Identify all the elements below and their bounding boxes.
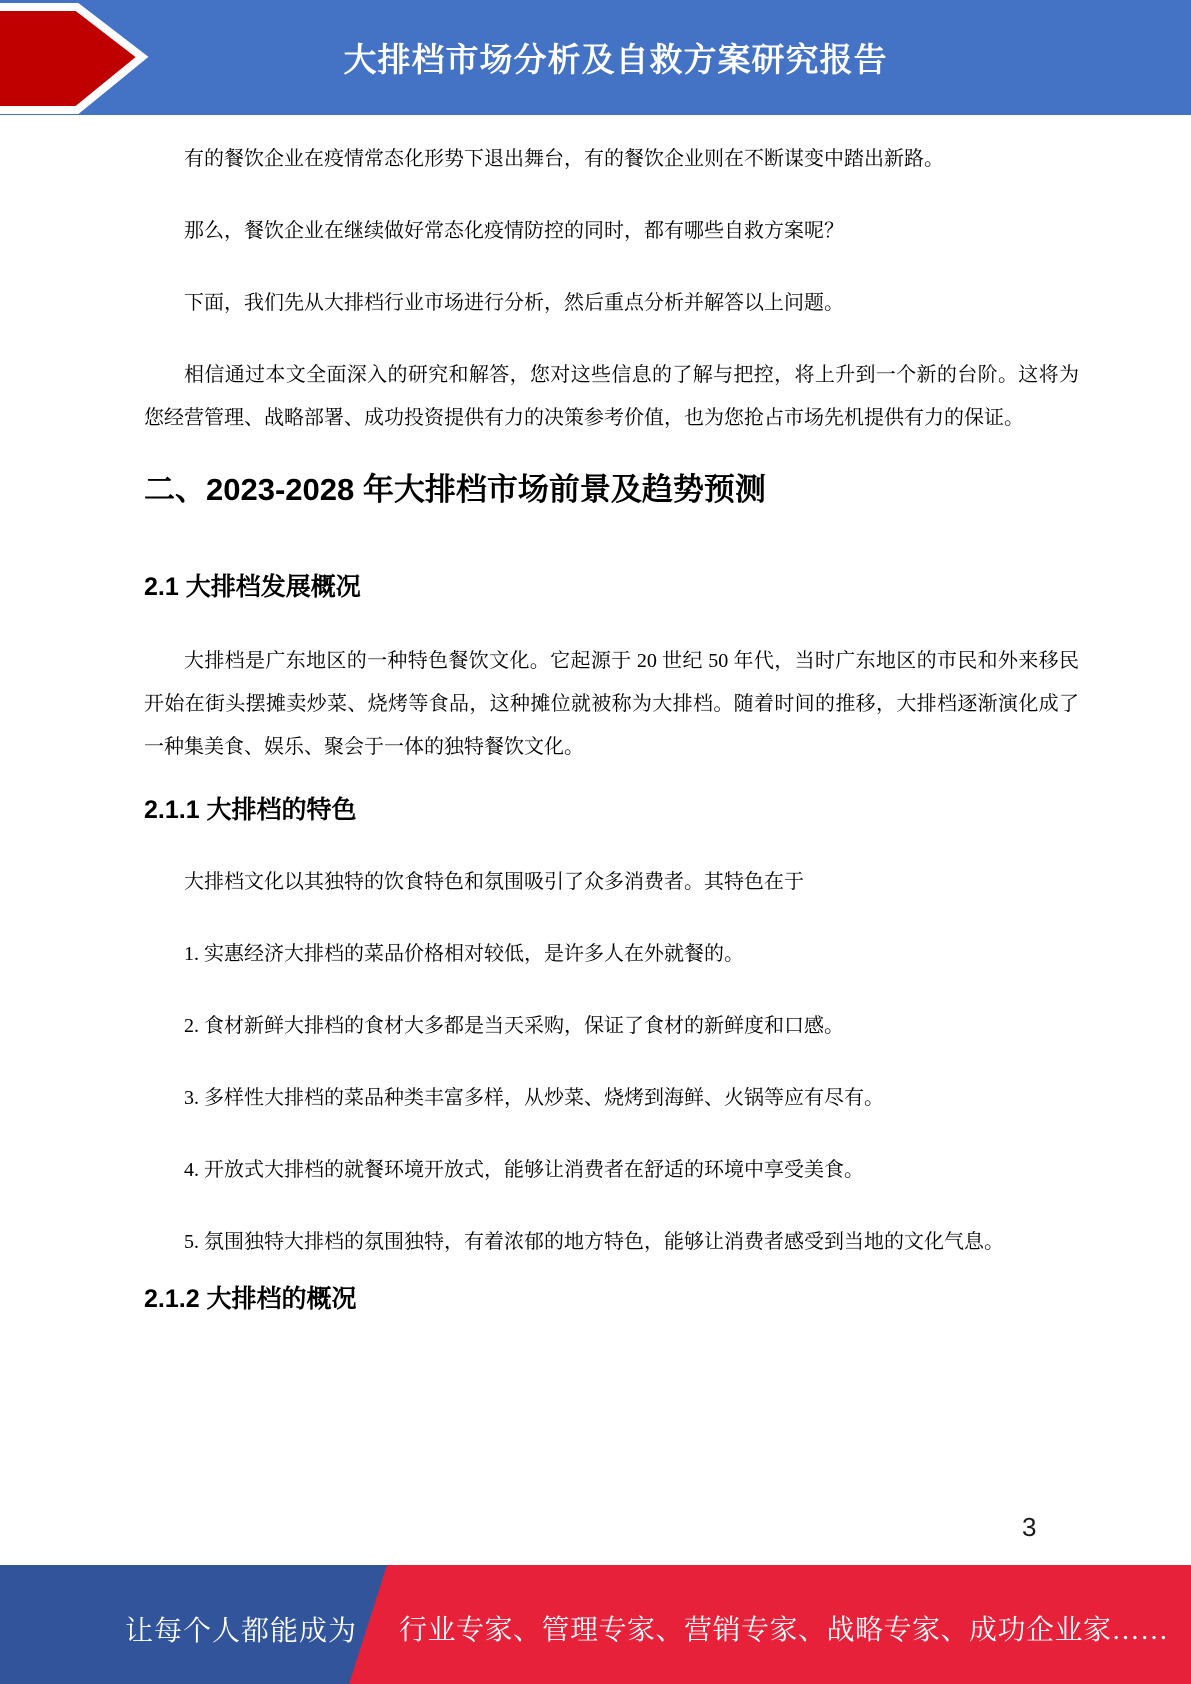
list-item: 4. 开放式大排档的就餐环境开放式，能够让消费者在舒适的环境中享受美食。 bbox=[144, 1149, 1079, 1192]
paragraph: 下面，我们先从大排档行业市场进行分析，然后重点分析并解答以上问题。 bbox=[144, 282, 1079, 325]
paragraph: 大排档文化以其独特的饮食特色和氛围吸引了众多消费者。其特色在于 bbox=[144, 861, 1079, 904]
footer-slogan-right: 行业专家、管理专家、营销专家、战略专家、成功企业家…… bbox=[399, 1608, 1169, 1648]
list-item: 5. 氛围独特大排档的氛围独特，有着浓郁的地方特色，能够让消费者感受到当地的文化… bbox=[144, 1221, 1079, 1264]
page-title: 大排档市场分析及自救方案研究报告 bbox=[0, 0, 1191, 115]
paragraph: 那么，餐饮企业在继续做好常态化疫情防控的同时，都有哪些自救方案呢？ bbox=[144, 210, 1079, 253]
paragraph: 相信通过本文全面深入的研究和解答，您对这些信息的了解与把控，将上升到一个新的台阶… bbox=[144, 354, 1079, 440]
paragraph: 大排档是广东地区的一种特色餐饮文化。它起源于 20 世纪 50 年代，当时广东地… bbox=[144, 640, 1079, 769]
list-item: 2. 食材新鲜大排档的食材大多都是当天采购，保证了食材的新鲜度和口感。 bbox=[144, 1005, 1079, 1048]
list-item: 1. 实惠经济大排档的菜品价格相对较低，是许多人在外就餐的。 bbox=[144, 933, 1079, 976]
sub-heading-2-1: 2.1 大排档发展概况 bbox=[144, 570, 1079, 604]
section-heading-2: 二、2023-2028 年大排档市场前景及趋势预测 bbox=[144, 470, 1079, 510]
list-item: 3. 多样性大排档的菜品种类丰富多样，从炒菜、烧烤到海鲜、火锅等应有尽有。 bbox=[144, 1077, 1079, 1120]
sub-heading-2-1-1: 2.1.1 大排档的特色 bbox=[144, 793, 1079, 827]
document-body: 有的餐饮企业在疫情常态化形势下退出舞台，有的餐饮企业则在不断谋变中踏出新路。 那… bbox=[0, 115, 1191, 1316]
header-band: 大排档市场分析及自救方案研究报告 bbox=[0, 0, 1191, 115]
footer-slogan-left: 让每个人都能成为 bbox=[0, 1609, 357, 1649]
sub-heading-2-1-2: 2.1.2 大排档的概况 bbox=[144, 1282, 1079, 1316]
footer-band: 让每个人都能成为 行业专家、管理专家、营销专家、战略专家、成功企业家…… bbox=[0, 1565, 1191, 1684]
feature-list: 1. 实惠经济大排档的菜品价格相对较低，是许多人在外就餐的。 2. 食材新鲜大排… bbox=[144, 933, 1079, 1264]
document-page: 大排档市场分析及自救方案研究报告 有的餐饮企业在疫情常态化形势下退出舞台，有的餐… bbox=[0, 0, 1191, 1684]
page-number: 3 bbox=[1022, 1512, 1036, 1543]
paragraph: 有的餐饮企业在疫情常态化形势下退出舞台，有的餐饮企业则在不断谋变中踏出新路。 bbox=[144, 138, 1079, 181]
